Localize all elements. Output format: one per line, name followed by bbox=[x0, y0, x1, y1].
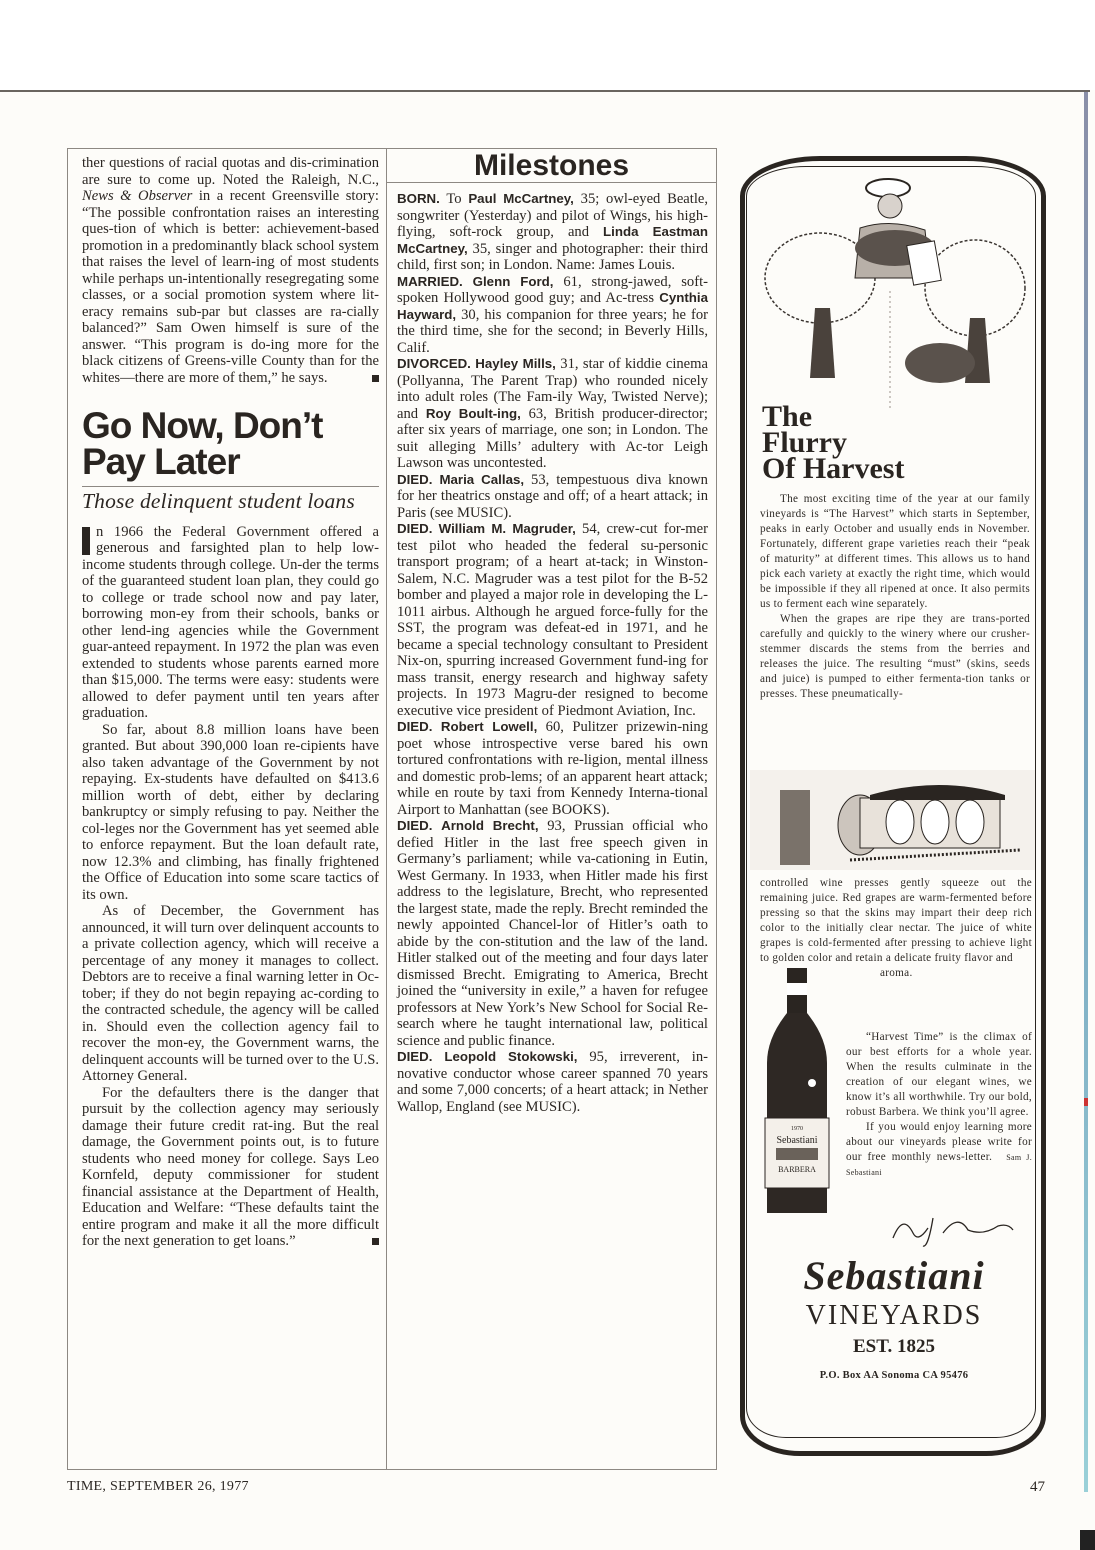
section-title: Milestones bbox=[387, 149, 716, 183]
article-paragraph: n 1966 the Federal Government offered a … bbox=[82, 524, 379, 722]
article-paragraph: For the defaulters there is the danger t… bbox=[82, 1085, 379, 1250]
article-paragraph: As of December, the Government has annou… bbox=[82, 903, 379, 1085]
signature-icon bbox=[888, 1208, 1018, 1248]
ad-copy: The most exciting time of the year at ou… bbox=[760, 492, 1030, 702]
brand-established: EST. 1825 bbox=[738, 1336, 1050, 1358]
ad-headline: The Flurry Of Harvest bbox=[762, 404, 904, 482]
brand-address: P.O. Box AA Sonoma CA 95476 bbox=[738, 1370, 1050, 1381]
milestone-entry: DIED. Arnold Brecht, 93, Prussian offici… bbox=[397, 818, 708, 1049]
milestone-entry: DIVORCED. Hayley Mills, 31, star of kidd… bbox=[397, 356, 708, 472]
page-top-margin bbox=[0, 0, 1095, 90]
drop-cap-icon bbox=[82, 527, 90, 555]
article-headline: Go Now, Don’t Pay Later bbox=[82, 408, 379, 480]
continued-story: ther questions of racial quotas and dis-… bbox=[82, 155, 379, 386]
svg-text:BARBERA: BARBERA bbox=[778, 1165, 816, 1174]
milestone-entry: DIED. William M. Magruder, 54, crew-cut … bbox=[397, 521, 708, 719]
page-top-rule bbox=[0, 90, 1090, 92]
publication-footer: TIME, SEPTEMBER 26, 1977 bbox=[67, 1479, 249, 1495]
page-edge-strip bbox=[1084, 92, 1088, 1492]
end-mark-icon bbox=[372, 375, 379, 382]
milestone-entry: DIED. Maria Callas, 53, tempestuous diva… bbox=[397, 472, 708, 522]
milestone-entry: BORN. To Paul McCartney, 35; owl-eyed Be… bbox=[397, 191, 708, 274]
source-name: News & Observer bbox=[82, 188, 192, 204]
sebastiani-advertisement: The Flurry Of Harvest The most exciting … bbox=[738, 148, 1050, 1460]
brand-subtitle: VINEYARDS bbox=[738, 1300, 1050, 1332]
education-column: ther questions of racial quotas and dis-… bbox=[67, 148, 387, 1470]
svg-text:Sebastiani: Sebastiani bbox=[776, 1135, 817, 1146]
headline-rule bbox=[82, 486, 379, 487]
brand-logo: Sebastiani bbox=[738, 1252, 1050, 1299]
milestone-entry: DIED. Leopold Stokowski, 95, irreverent,… bbox=[397, 1049, 708, 1115]
milestone-entry: MARRIED. Glenn Ford, 61, strong-jawed, s… bbox=[397, 274, 708, 357]
wine-bottle-icon: 1970 Sebastiani BARBERA bbox=[762, 968, 832, 1218]
article-paragraph: So far, about 8.8 million loans have bee… bbox=[82, 722, 379, 904]
ad-copy: “Harvest Time” is the climax of our best… bbox=[846, 1030, 1032, 1180]
corner-mark bbox=[1080, 1530, 1095, 1550]
wine-press-illustration-icon bbox=[750, 770, 1035, 870]
end-mark-icon bbox=[372, 1238, 379, 1245]
milestones-column: Milestones BORN. To Paul McCartney, 35; … bbox=[386, 148, 717, 1470]
ad-copy: controlled wine presses gently squeeze o… bbox=[760, 876, 1032, 981]
article-subhead: Those delinquent student loans bbox=[82, 493, 379, 510]
page-number: 47 bbox=[1030, 1479, 1045, 1496]
milestone-entry: DIED. Robert Lowell, 60, Pulitzer prizew… bbox=[397, 719, 708, 818]
page-edge-mark bbox=[1084, 1098, 1088, 1106]
vineyard-illustration-icon bbox=[760, 168, 1028, 408]
svg-text:1970: 1970 bbox=[791, 1126, 803, 1132]
